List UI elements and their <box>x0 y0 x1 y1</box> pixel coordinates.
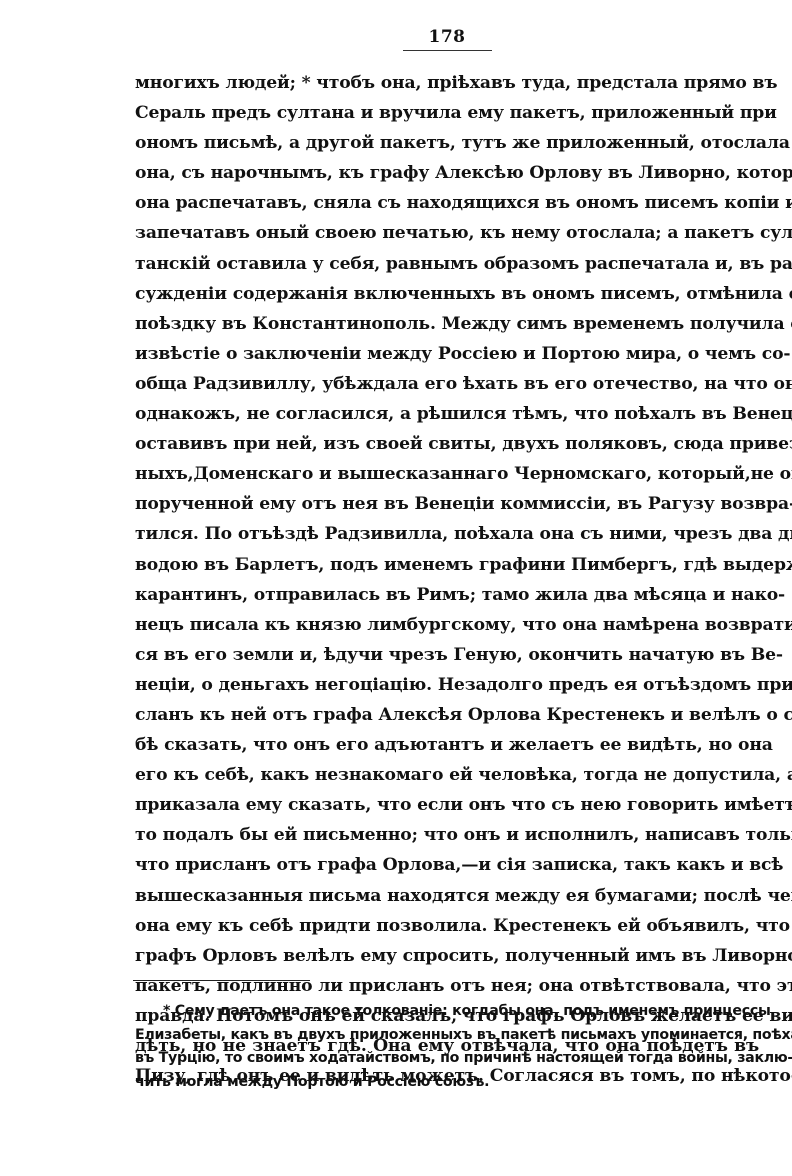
text-line: многихъ людей; * чтобъ она, пріѣхавъ туд… <box>135 68 759 98</box>
text-line: она распечатавъ, сняла съ находящихся въ… <box>135 188 759 218</box>
text-line: то подалъ бы ей письменно; что онъ и исп… <box>135 820 759 850</box>
text-line: пакетъ, подлинно ли присланъ отъ нея; он… <box>135 971 759 1001</box>
text-line: ся въ его земли и, ѣдучи чрезъ Геную, ок… <box>135 640 759 670</box>
text-line: порученной ему отъ нея въ Венеціи коммис… <box>135 489 759 519</box>
footnote-rule <box>133 980 310 981</box>
footnote-line: въ Турцію, то своимъ ходатайствомъ, по п… <box>135 1047 759 1071</box>
text-line: графъ Орловъ велѣлъ ему спросить, получе… <box>135 941 759 971</box>
footnote-line: Елизабеты, какъ въ двухъ приложенныхъ въ… <box>135 1024 759 1048</box>
text-line: вышесказанныя письма находятся между ея … <box>135 881 759 911</box>
text-line: поѣздку въ Константинополь. Между симъ в… <box>135 309 759 339</box>
text-line: что присланъ отъ графа Орлова,—и сія зап… <box>135 850 759 880</box>
text-line: приказала ему сказать, что если онъ что … <box>135 790 759 820</box>
text-line: ономъ письмѣ, а другой пакетъ, тутъ же п… <box>135 128 759 158</box>
text-line: запечатавъ оный своею печатью, къ нему о… <box>135 218 759 248</box>
text-line: обща Радзивиллу, убѣждала его ѣхать въ е… <box>135 369 759 399</box>
text-line: Сераль предъ султана и вручила ему пакет… <box>135 98 759 128</box>
text-line: она ему къ себѣ придти позволила. Кресте… <box>135 911 759 941</box>
text-line: сланъ къ ней отъ графа Алексѣя Орлова Кр… <box>135 700 759 730</box>
text-line: она, съ нарочнымъ, къ графу Алексѣю Орло… <box>135 158 759 188</box>
text-line: оставивъ при ней, изъ своей свиты, двухъ… <box>135 429 759 459</box>
text-line: однакожъ, не согласился, а рѣшился тѣмъ,… <box>135 399 759 429</box>
page-number-rule <box>403 50 492 51</box>
text-line: сужденіи содержанія включенныхъ въ ономъ… <box>135 279 759 309</box>
text-line: танскій оставила у себя, равнымъ образом… <box>135 249 759 279</box>
body-text: многихъ людей; * чтобъ она, пріѣхавъ туд… <box>135 68 759 1091</box>
text-line: водою въ Барлетъ, подъ именемъ графини П… <box>135 550 759 580</box>
page-number: 178 <box>0 27 792 47</box>
text-line: карантинъ, отправилась въ Римъ; тамо жил… <box>135 580 759 610</box>
text-line: ныхъ,Доменскаго и вышесказаннаго Черномс… <box>135 459 759 489</box>
text-line: тился. По отъѣздѣ Радзивилла, поѣхала он… <box>135 519 759 549</box>
footnote-line: чить могла между Портою и Россіею союзъ. <box>135 1071 759 1095</box>
text-line: извѣстіе о заключеніи между Россіею и По… <box>135 339 759 369</box>
text-line: нецъ писала къ князю лимбургскому, что о… <box>135 610 759 640</box>
text-line: его къ себѣ, какъ незнакомаго ей человѣк… <box>135 760 759 790</box>
text-line: бѣ сказать, что онъ его адъютантъ и жела… <box>135 730 759 760</box>
text-line: неціи, о деньгахъ негоціацію. Незадолго … <box>135 670 759 700</box>
footnote-line: * Сему даетъ она такое толкованіе: когда… <box>135 1000 759 1024</box>
footnote: * Сему даетъ она такое толкованіе: когда… <box>135 1000 759 1094</box>
